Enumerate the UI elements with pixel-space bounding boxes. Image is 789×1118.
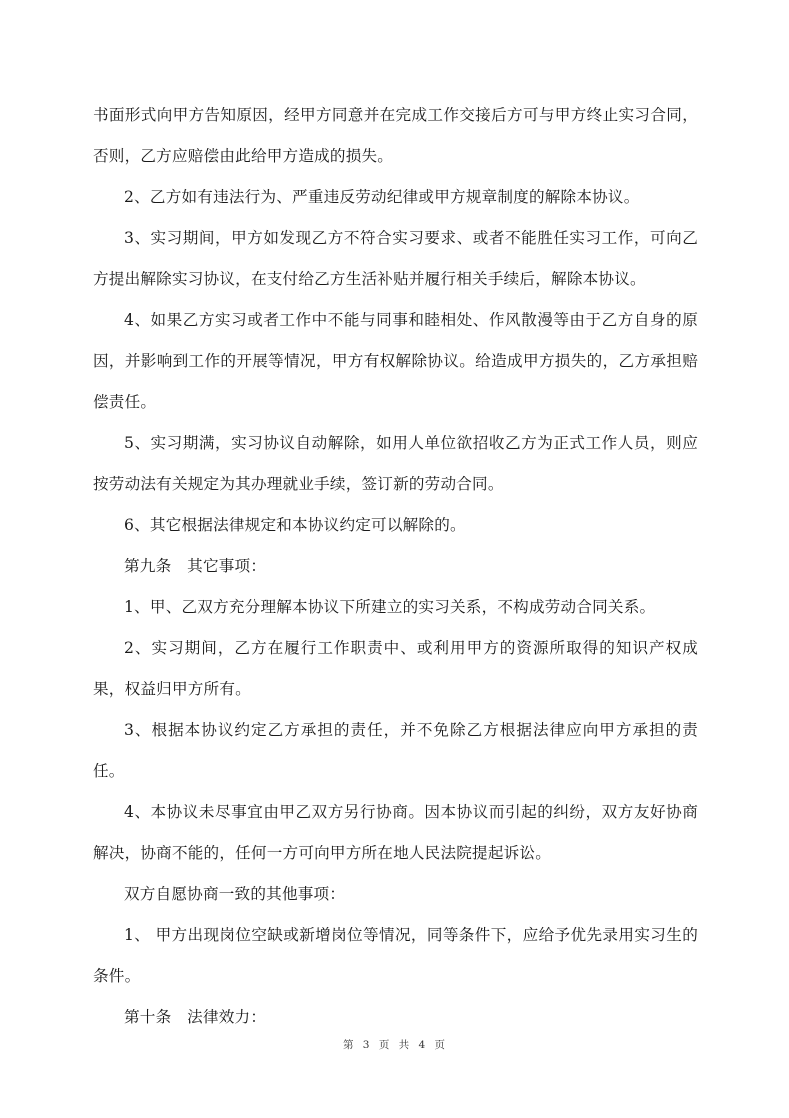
paragraph-clause-6: 6、其它根据法律规定和本协议约定可以解除的。 [93,505,698,546]
current-page-number: 3 [363,1039,371,1051]
footer-suffix: 页 [435,1039,447,1051]
footer-page-word: 页 [379,1039,391,1051]
paragraph-continuation: 书面形式向甲方告知原因，经甲方同意并在完成工作交接后方可与甲方终止实习合同，否则… [93,95,698,177]
document-page: 书面形式向甲方告知原因，经甲方同意并在完成工作交接后方可与甲方终止实习合同，否则… [93,95,698,1038]
article-9-heading: 第九条 其它事项： [93,546,698,587]
footer-total-prefix: 共 [399,1039,411,1051]
paragraph-clause-4: 4、如果乙方实习或者工作中不能与同事和睦相处、作风散漫等由于乙方自身的原因，并影… [93,300,698,423]
article-10-heading: 第十条 法律效力： [93,997,698,1038]
paragraph-clause-2: 2、乙方如有违法行为、严重违反劳动纪律或甲方规章制度的解除本协议。 [93,177,698,218]
total-pages-number: 4 [419,1039,427,1051]
paragraph-clause-5: 5、实习期满，实习协议自动解除，如用人单位欲招收乙方为正式工作人员，则应按劳动法… [93,423,698,505]
other-matters-heading: 双方自愿协商一致的其他事项： [93,874,698,915]
paragraph-article-9-item-2: 2、实习期间，乙方在履行工作职责中、或利用甲方的资源所取得的知识产权成果，权益归… [93,628,698,710]
footer-prefix: 第 [343,1039,355,1051]
paragraph-other-matters-item-1: 1、 甲方出现岗位空缺或新增岗位等情况，同等条件下，应给予优先录用实习生的条件。 [93,915,698,997]
paragraph-clause-3: 3、实习期间，甲方如发现乙方不符合实习要求、或者不能胜任实习工作，可向乙方提出解… [93,218,698,300]
paragraph-article-9-item-4: 4、本协议未尽事宜由甲乙双方另行协商。因本协议而引起的纠纷，双方友好协商解决，协… [93,792,698,874]
paragraph-article-9-item-3: 3、根据本协议约定乙方承担的责任，并不免除乙方根据法律应向甲方承担的责任。 [93,710,698,792]
page-footer: 第 3 页 共 4 页 [0,1037,789,1052]
paragraph-article-9-item-1: 1、甲、乙双方充分理解本协议下所建立的实习关系，不构成劳动合同关系。 [93,587,698,628]
